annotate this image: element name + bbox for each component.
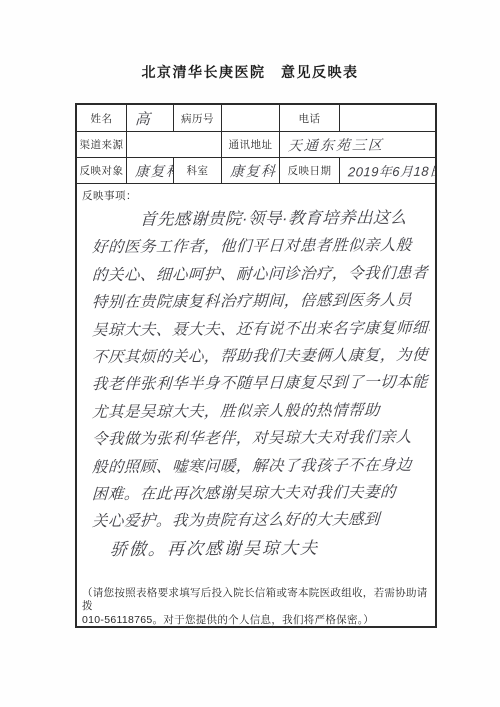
handwritten-feedback-text: 首先感谢贵院·领导·教育培养出这么 好的医务工作者，他们平日对患者胜似亲人般 的… — [82, 206, 430, 562]
table-row: 反映对象 康复科 科室 康复科 反映日期 2019年6月18日 — [77, 158, 435, 184]
feedback-target-value-handwritten: 康复科 — [135, 160, 174, 180]
name-value-handwritten: 高 — [135, 107, 152, 128]
channel-source-value — [127, 132, 222, 157]
handwriting-line: 我老伴张利华半身不随早日康复尽到了一切本能 — [81, 369, 430, 399]
department-label: 科室 — [174, 158, 222, 183]
record-number-value — [222, 105, 280, 131]
department-value-handwritten: 康复科 — [230, 160, 277, 180]
handwriting-line: 令我做为张利华老伴，对吴琼大夫对我们亲人 — [81, 424, 430, 454]
table-row: 姓名 高 病历号 电话 — [77, 105, 435, 132]
document-title: 北京清华长庚医院 意见反映表 — [0, 62, 500, 82]
handwriting-line: 的关心、细心呵护、耐心问诊治疗，令我们患者 — [81, 260, 430, 290]
feedback-matters-label: 反映事项： — [82, 188, 430, 203]
feedback-date-label: 反映日期 — [280, 158, 340, 183]
phone-value — [340, 105, 435, 131]
record-number-label: 病历号 — [174, 105, 222, 131]
feedback-date-value-handwritten: 2019年6月18日 — [348, 161, 435, 181]
feedback-form-table: 姓名 高 病历号 电话 渠道来源 通讯地址 天通东苑三区 反映对象 康复科 科室… — [75, 103, 437, 628]
feedback-target-label: 反映对象 — [77, 158, 127, 183]
handwriting-line: 般的照顾、嘘寒问暖，解决了我孩子不在身边 — [81, 451, 430, 481]
feedback-matters-cell: 反映事项： 首先感谢贵院·领导·教育培养出这么 好的医务工作者，他们平日对患者胜… — [77, 184, 435, 630]
table-row: 渠道来源 通讯地址 天通东苑三区 — [77, 132, 435, 158]
footer-instructions-note: （请您按照表格要求填写后投入院长信箱或寄本院医政组收，若需协助请拨 010-56… — [82, 587, 430, 628]
scanned-feedback-form-page: 北京清华长庚医院 意见反映表 姓名 高 病历号 电话 渠道来源 通讯地址 天通东… — [0, 0, 500, 707]
handwriting-line: 困难。在此再次感谢吴琼大夫对我们夫妻的 — [81, 479, 430, 509]
handwriting-line: 首先感谢贵院·领导·教育培养出这么 — [81, 205, 430, 235]
name-label: 姓名 — [77, 105, 127, 131]
handwriting-line: 特别在贵院康复科治疗期间，倍感到医务人员 — [81, 287, 430, 317]
channel-source-label: 渠道来源 — [77, 132, 127, 157]
footer-note-line-1: （请您按照表格要求填写后投入院长信箱或寄本院医政组收，若需协助请拨 — [82, 587, 430, 614]
mailing-address-value-handwritten: 天通东苑三区 — [288, 134, 385, 155]
phone-label: 电话 — [280, 105, 340, 131]
mailing-address-label: 通讯地址 — [222, 132, 280, 157]
handwriting-line: 骄傲。再次感谢吴琼大夫 — [81, 533, 430, 563]
footer-note-line-2: 010-56118765。对于您提供的个人信息，我们将严格保密。） — [82, 614, 430, 628]
handwriting-line: 好的医务工作者，他们平日对患者胜似亲人般 — [81, 232, 430, 262]
handwriting-line: 关心爱护。我为贵院有这么好的大夫感到 — [81, 506, 430, 536]
handwriting-line: 吴琼大夫、聂大夫、还有说不出来名字康复师细心 — [81, 314, 430, 344]
handwriting-line: 尤其是吴琼大夫，胜似亲人般的热情帮助 — [81, 397, 430, 427]
handwriting-line: 不厌其烦的关心，帮助我们夫妻俩人康复，为使 — [81, 342, 430, 372]
